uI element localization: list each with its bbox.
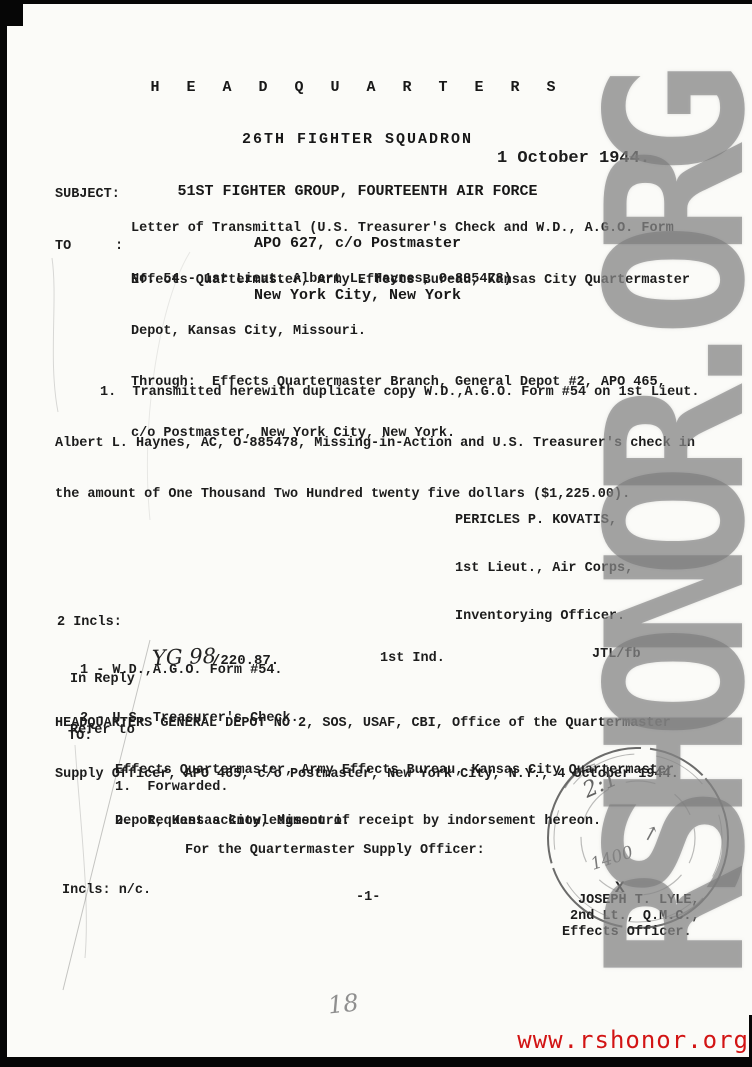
for-officer-line: For the Quartermaster Supply Officer:	[185, 842, 485, 859]
ind-item-1: 1. Forwarded.	[115, 779, 228, 796]
first-indorsement-label: 1st Ind.	[380, 650, 445, 667]
signer1-rank: 1st Lieut., Air Corps,	[455, 561, 633, 577]
page-number: -1-	[356, 889, 380, 906]
scan-edge-left	[0, 0, 7, 1058]
para1-line1: 1. Transmitted herewith duplicate copy W…	[55, 384, 700, 401]
to-line2: Depot, Kansas City, Missouri.	[131, 323, 690, 340]
signature-block-1: PERICLES P. KOVATIS, 1st Lieut., Air Cor…	[455, 481, 633, 657]
stamp-scribble-b: 1400	[588, 842, 636, 874]
ind-item-2: 2. Request acknowledgment of receipt by …	[115, 813, 601, 830]
to2-label: TO:	[68, 728, 92, 745]
to-colon: :	[115, 238, 123, 255]
scanned-document-page: H E A D Q U A R T E R S 26TH FIGHTER SQU…	[0, 0, 752, 1067]
to-label: TO	[55, 238, 71, 255]
incls-heading: 2 Incls:	[57, 615, 299, 631]
subject-label: SUBJECT:	[55, 186, 120, 203]
refer-handwritten-code: YG 98	[152, 644, 217, 670]
subject-line1: Letter of Transmittal (U.S. Treasurer's …	[131, 220, 674, 237]
scan-edge-corner	[0, 0, 23, 26]
date-line: 1 October 1944.	[497, 150, 650, 167]
stamp-scribble-c: ↑	[638, 819, 664, 848]
scan-edge-top	[0, 0, 752, 4]
refer-number: /220.87.	[212, 653, 279, 670]
para1-line2: Albert L. Haynes, AC, O-885478, Missing-…	[55, 435, 700, 452]
signer1-name: PERICLES P. KOVATIS,	[455, 513, 633, 529]
scan-edge-bottom	[0, 1057, 752, 1067]
typist-initials: JTL/fb	[592, 646, 641, 663]
letterhead-line1: H E A D Q U A R T E R S	[0, 80, 715, 96]
inclosures-2: Incls: n/c.	[62, 882, 151, 899]
circular-stamp: 2:1 ↑ 1400	[535, 728, 747, 948]
watermark-url: www.rshonor.org	[517, 1026, 749, 1054]
letterhead-line2: 26TH FIGHTER SQUADRON	[0, 132, 715, 148]
pencil-page-note: 18	[327, 988, 360, 1019]
signer1-title: Inventorying Officer.	[455, 609, 633, 625]
stamp-scribble-a: 2:1	[578, 766, 621, 804]
to-line1: Effects Quartermaster, Army Effects Bure…	[131, 272, 690, 289]
